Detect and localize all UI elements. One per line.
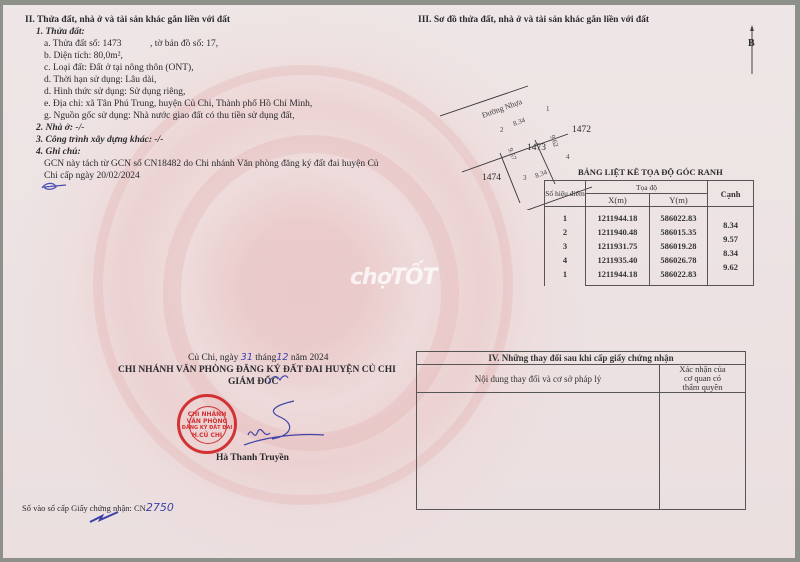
- table-cell: 1211931.75: [586, 239, 649, 253]
- land-type: c. Loại đất: Đất ở tại nông thôn (ONT),: [44, 62, 194, 75]
- signing-date: Củ Chi, ngày 31 tháng12 năm 2024: [188, 352, 329, 365]
- handwritten-signature-icon: [236, 395, 326, 450]
- address: e. Địa chỉ: xã Tân Phú Trung, huyện Củ C…: [44, 98, 312, 111]
- header-edge: Cạnh: [708, 181, 754, 207]
- changes-table: IV. Những thay đổi sau khi cấp giấy chứn…: [416, 351, 746, 510]
- vertex-1: 1: [546, 105, 550, 113]
- table-cell: 8.34: [708, 218, 753, 232]
- table-cell: 1: [545, 211, 585, 225]
- header-coord: Tọa độ: [586, 181, 708, 194]
- section2-title: II. Thửa đất, nhà ở và tài sản khác gắn …: [25, 14, 230, 27]
- changes-column-header: Nội dung thay đổi và cơ sở pháp lý: [417, 365, 660, 393]
- stamp-line: CHI NHÁNH: [180, 411, 234, 418]
- table-cell: 586022.83: [650, 211, 707, 225]
- table-cell: 1: [545, 267, 585, 281]
- date-year: năm 2024: [291, 353, 329, 363]
- table-cell: 9.57: [708, 232, 753, 246]
- section4-title: IV. Những thay đổi sau khi cấp giấy chứn…: [417, 352, 746, 365]
- chotot-watermark: chợTỐT: [350, 265, 437, 290]
- y-column: 586022.83 586015.35 586019.28 586026.78 …: [649, 207, 707, 286]
- official-red-stamp: CHI NHÁNH VĂN PHÒNG ĐĂNG KÝ ĐẤT ĐAI H.CỦ…: [177, 394, 237, 454]
- notes-heading: 4. Ghi chú:: [36, 146, 81, 159]
- table-cell: 586015.35: [650, 225, 707, 239]
- other-construction-info: 3. Công trình xây dựng khác: -/-: [36, 134, 163, 147]
- table-cell: 4: [545, 253, 585, 267]
- stamp-line: VĂN PHÒNG: [180, 418, 234, 425]
- land-heading: 1. Thửa đất:: [36, 26, 85, 39]
- usage-term: d. Thời hạn sử dụng: Lâu dài,: [44, 74, 156, 87]
- header-point: Số hiệu điểm: [545, 181, 586, 207]
- coord-table-title: BẢNG LIỆT KÊ TỌA ĐỘ GÓC RANH: [578, 166, 723, 179]
- changes-content-cell: [417, 393, 660, 510]
- header-y: Y(m): [649, 194, 707, 207]
- land-area: b. Diện tích: 80,0m²,: [44, 50, 123, 63]
- table-cell: 586022.83: [650, 267, 707, 281]
- pen-mark-icon: [88, 510, 128, 524]
- table-cell: 1211935.40: [586, 253, 649, 267]
- parcel-1473: 1473: [527, 142, 546, 155]
- map-sheet-number: , tờ bản đồ số: 17,: [150, 38, 218, 51]
- table-cell: 1211944.18: [586, 267, 649, 281]
- parcel-1472: 1472: [572, 124, 591, 137]
- initial-mark-icon: [266, 372, 290, 386]
- x-column: 1211944.18 1211940.48 1211931.75 1211935…: [586, 207, 650, 286]
- director-name: Hà Thanh Truyền: [216, 452, 289, 465]
- table-cell: 9.62: [708, 260, 753, 274]
- vertex-2: 2: [500, 126, 504, 134]
- north-label: B: [748, 38, 755, 51]
- table-cell: 1211944.18: [586, 211, 649, 225]
- date-prefix: Củ Chi, ngày: [188, 353, 238, 363]
- point-column: 1 2 3 4 1: [545, 207, 586, 286]
- issuing-org: CHI NHÁNH VĂN PHÒNG ĐĂNG KÝ ĐẤT ĐAI HUYỆ…: [118, 364, 396, 377]
- authority-column-header: Xác nhận của cơ quan có thẩm quyền: [660, 365, 746, 393]
- table-cell: 8.34: [708, 246, 753, 260]
- date-day: 31: [241, 352, 253, 363]
- section3-title: III. Sơ đồ thửa đất, nhà ở và tài sản kh…: [418, 14, 649, 27]
- land-parcel-number: a. Thửa đất số: 1473: [44, 38, 122, 51]
- date-month: 12: [276, 352, 288, 363]
- initial-mark-icon: [40, 180, 70, 194]
- usage-form: d. Hình thức sử dụng: Sử dụng riêng,: [44, 86, 185, 99]
- table-cell: 3: [545, 239, 585, 253]
- table-cell: 586026.78: [650, 253, 707, 267]
- stamp-line: H.CỦ CHI: [180, 432, 234, 439]
- edge-column: 8.34 9.57 8.34 9.62: [708, 207, 754, 286]
- certificate-entry-number: 2750: [146, 501, 174, 514]
- table-cell: 586019.28: [650, 239, 707, 253]
- authority-confirmation-cell: [660, 393, 746, 510]
- house-info: 2. Nhà ở: -/-: [36, 122, 84, 135]
- coord-table: Số hiệu điểm Tọa độ Cạnh X(m) Y(m) 1 2 3…: [544, 180, 754, 286]
- usage-origin: g. Nguồn gốc sử dụng: Nhà nước giao đất …: [44, 110, 295, 123]
- notes-line-1: GCN này tách từ GCN số CN18482 do Chi nh…: [44, 158, 379, 171]
- table-cell: 2: [545, 225, 585, 239]
- table-cell: 1211940.48: [586, 225, 649, 239]
- parcel-1474: 1474: [482, 172, 501, 185]
- vertex-3: 3: [523, 174, 527, 182]
- vertex-4: 4: [566, 153, 570, 161]
- month-word: tháng: [255, 353, 276, 363]
- stamp-line: ĐĂNG KÝ ĐẤT ĐAI: [180, 425, 234, 432]
- stamp-text: CHI NHÁNH VĂN PHÒNG ĐĂNG KÝ ĐẤT ĐAI H.CỦ…: [180, 411, 234, 439]
- header-x: X(m): [586, 194, 650, 207]
